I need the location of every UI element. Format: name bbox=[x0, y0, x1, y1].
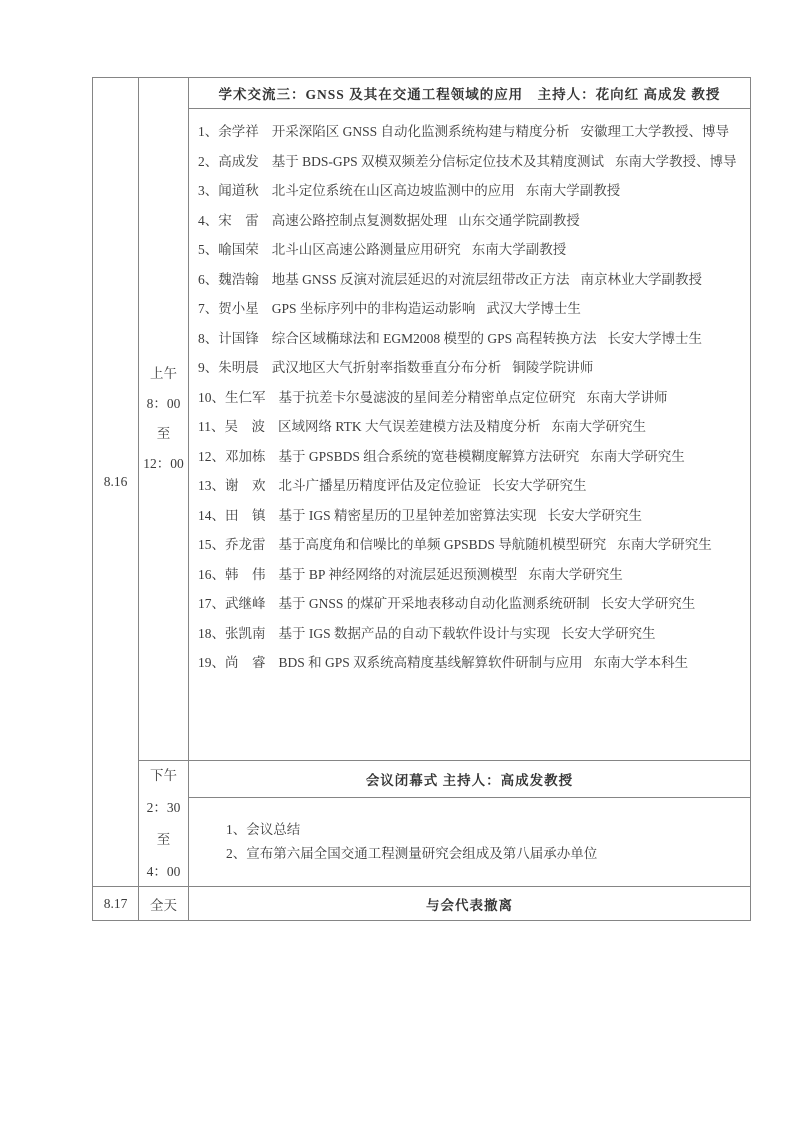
item-affiliation: 东南大学本科生 bbox=[594, 655, 689, 670]
list-item: 17、武继峰基于 GNSS 的煤矿开采地表移动自动化监测系统研制长安大学研究生 bbox=[198, 589, 744, 619]
time-line: 下午 bbox=[150, 760, 177, 792]
item-number: 4、 bbox=[198, 213, 218, 228]
item-affiliation: 东南大学研究生 bbox=[551, 419, 646, 434]
list-item: 15、乔龙雷基于高度角和信噪比的单频 GPSBDS 导航随机模型研究东南大学研究… bbox=[198, 530, 744, 560]
item-presenter-name: 闻道秋 bbox=[218, 183, 259, 198]
list-item: 14、田 镇基于 IGS 精密星历的卫星钟差加密算法实现长安大学研究生 bbox=[198, 501, 744, 531]
list-item: 4、宋 雷高速公路控制点复测数据处理山东交通学院副教授 bbox=[198, 206, 744, 236]
list-item: 5、喻国荣北斗山区高速公路测量应用研究东南大学副教授 bbox=[198, 235, 744, 265]
item-affiliation: 长安大学研究生 bbox=[601, 596, 696, 611]
item-affiliation: 铜陵学院讲师 bbox=[512, 360, 593, 375]
item-affiliation: 山东交通学院副教授 bbox=[458, 213, 580, 228]
item-presenter-name: 田 镇 bbox=[225, 508, 266, 523]
item-affiliation: 长安大学博士生 bbox=[608, 331, 703, 346]
item-topic: BDS 和 GPS 双系统高精度基线解算软件研制与应用 bbox=[279, 655, 583, 670]
item-presenter-name: 喻国荣 bbox=[218, 242, 259, 257]
item-topic: 武汉地区大气折射率指数垂直分布分析 bbox=[272, 360, 502, 375]
date-cell-817: 8.17 bbox=[93, 887, 139, 920]
item-affiliation: 东南大学副教授 bbox=[526, 183, 621, 198]
list-item: 10、生仁军基于抗差卡尔曼滤波的星间差分精密单点定位研究东南大学讲师 bbox=[198, 383, 744, 413]
item-number: 8、 bbox=[198, 331, 218, 346]
list-item: 11、吴 波区域网络 RTK 大气误差建模方法及精度分析东南大学研究生 bbox=[198, 412, 744, 442]
list-item: 16、韩 伟基于 BP 神经网络的对流层延迟预测模型东南大学研究生 bbox=[198, 560, 744, 590]
item-number: 15、 bbox=[198, 537, 225, 552]
item-topic: 基于抗差卡尔曼滤波的星间差分精密单点定位研究 bbox=[279, 390, 576, 405]
schedule-table: 8.16 上午 8：00 至 12：00 学术交流三：GNSS 及其在交通工程领… bbox=[92, 77, 751, 921]
item-presenter-name: 宋 雷 bbox=[218, 213, 259, 228]
closing-header-text: 会议闭幕式 主持人：高成发教授 bbox=[366, 769, 573, 789]
list-item: 19、尚 睿BDS 和 GPS 双系统高精度基线解算软件研制与应用东南大学本科生 bbox=[198, 648, 744, 678]
list-item: 3、闻道秋北斗定位系统在山区高边坡监测中的应用东南大学副教授 bbox=[198, 176, 744, 206]
item-affiliation: 长安大学研究生 bbox=[492, 478, 587, 493]
time-cell-allday: 全天 bbox=[139, 887, 189, 920]
item-presenter-name: 朱明晨 bbox=[218, 360, 259, 375]
item-presenter-name: 吴 波 bbox=[225, 419, 266, 434]
list-item: 8、计国锋综合区域椭球法和 EGM2008 模型的 GPS 高程转换方法长安大学… bbox=[198, 324, 744, 354]
closing-item: 2、宣布第六届全国交通工程测量研究会组成及第八届承办单位 bbox=[226, 842, 750, 866]
item-presenter-name: 贺小星 bbox=[218, 301, 259, 316]
time-line: 至 bbox=[157, 419, 171, 449]
item-number: 17、 bbox=[198, 596, 225, 611]
item-number: 10、 bbox=[198, 390, 225, 405]
item-topic: GPS 坐标序列中的非构造运动影响 bbox=[272, 301, 476, 316]
item-presenter-name: 张凯南 bbox=[225, 626, 266, 641]
item-number: 6、 bbox=[198, 272, 218, 287]
time-line: 至 bbox=[157, 824, 171, 856]
list-item: 1、余学祥开采深陷区 GNSS 自动化监测系统构建与精度分析安徽理工大学教授、博… bbox=[198, 117, 744, 147]
item-number: 5、 bbox=[198, 242, 218, 257]
depart-cell: 与会代表撤离 bbox=[189, 887, 750, 920]
item-affiliation: 长安大学研究生 bbox=[548, 508, 643, 523]
list-item: 9、朱明晨武汉地区大气折射率指数垂直分布分析铜陵学院讲师 bbox=[198, 353, 744, 383]
time-cell-afternoon: 下午 2：30 至 4：00 bbox=[139, 761, 189, 887]
closing-item: 1、会议总结 bbox=[226, 818, 750, 842]
item-topic: 北斗山区高速公路测量应用研究 bbox=[272, 242, 461, 257]
item-affiliation: 东南大学讲师 bbox=[587, 390, 668, 405]
list-item: 12、邓加栋基于 GPSBDS 组合系统的宽巷模糊度解算方法研究东南大学研究生 bbox=[198, 442, 744, 472]
item-topic: 开采深陷区 GNSS 自动化监测系统构建与精度分析 bbox=[272, 124, 570, 139]
time-line: 2：30 bbox=[147, 792, 181, 824]
item-number: 9、 bbox=[198, 360, 218, 375]
item-topic: 区域网络 RTK 大气误差建模方法及精度分析 bbox=[278, 419, 540, 434]
item-affiliation: 长安大学研究生 bbox=[561, 626, 656, 641]
time-label: 全天 bbox=[150, 894, 177, 914]
item-presenter-name: 计国锋 bbox=[218, 331, 259, 346]
item-topic: 基于 GPSBDS 组合系统的宽巷模糊度解算方法研究 bbox=[279, 449, 580, 464]
date-cell-816: 8.16 bbox=[93, 78, 139, 887]
item-presenter-name: 武继峰 bbox=[225, 596, 266, 611]
time-cell-morning: 上午 8：00 至 12：00 bbox=[139, 78, 189, 761]
item-affiliation: 东南大学研究生 bbox=[617, 537, 712, 552]
item-presenter-name: 尚 睿 bbox=[225, 655, 266, 670]
item-topic: 高速公路控制点复测数据处理 bbox=[272, 213, 448, 228]
session-header-cell: 学术交流三：GNSS 及其在交通工程领域的应用 主持人：花向红 高成发 教授 bbox=[189, 78, 750, 109]
item-number: 13、 bbox=[198, 478, 225, 493]
list-item: 18、张凯南基于 IGS 数据产品的自动下载软件设计与实现长安大学研究生 bbox=[198, 619, 744, 649]
item-topic: 基于高度角和信噪比的单频 GPSBDS 导航随机模型研究 bbox=[279, 537, 607, 552]
item-affiliation: 武汉大学博士生 bbox=[486, 301, 581, 316]
item-number: 14、 bbox=[198, 508, 225, 523]
item-affiliation: 东南大学研究生 bbox=[590, 449, 685, 464]
item-topic: 地基 GNSS 反演对流层延迟的对流层纽带改正方法 bbox=[272, 272, 570, 287]
time-line: 4：00 bbox=[147, 856, 181, 888]
item-affiliation: 南京林业大学副教授 bbox=[581, 272, 703, 287]
item-topic: 北斗定位系统在山区高边坡监测中的应用 bbox=[272, 183, 515, 198]
date-label: 8.17 bbox=[104, 896, 128, 912]
list-item: 7、贺小星GPS 坐标序列中的非构造运动影响武汉大学博士生 bbox=[198, 294, 744, 324]
item-presenter-name: 余学祥 bbox=[218, 124, 259, 139]
item-number: 2、 bbox=[198, 154, 218, 169]
item-presenter-name: 生仁军 bbox=[225, 390, 266, 405]
item-topic: 基于 BP 神经网络的对流层延迟预测模型 bbox=[279, 567, 518, 582]
time-line: 8：00 bbox=[147, 389, 181, 419]
time-line: 12：00 bbox=[143, 449, 184, 479]
session-header-text: 学术交流三：GNSS 及其在交通工程领域的应用 主持人：花向红 高成发 教授 bbox=[219, 83, 721, 103]
item-presenter-name: 谢 欢 bbox=[225, 478, 266, 493]
item-number: 18、 bbox=[198, 626, 225, 641]
date-label: 8.16 bbox=[104, 474, 128, 490]
item-affiliation: 东南大学副教授 bbox=[472, 242, 567, 257]
item-affiliation: 安徽理工大学教授、博导 bbox=[581, 124, 730, 139]
item-affiliation: 东南大学研究生 bbox=[528, 567, 623, 582]
item-topic: 基于 GNSS 的煤矿开采地表移动自动化监测系统研制 bbox=[279, 596, 590, 611]
item-topic: 基于 IGS 精密星历的卫星钟差加密算法实现 bbox=[279, 508, 537, 523]
list-item: 2、高成发基于 BDS-GPS 双模双频差分信标定位技术及其精度测试东南大学教授… bbox=[198, 147, 744, 177]
item-number: 3、 bbox=[198, 183, 218, 198]
document-page: 8.16 上午 8：00 至 12：00 学术交流三：GNSS 及其在交通工程领… bbox=[0, 0, 800, 1132]
item-topic: 基于 IGS 数据产品的自动下载软件设计与实现 bbox=[279, 626, 551, 641]
item-number: 12、 bbox=[198, 449, 225, 464]
item-number: 7、 bbox=[198, 301, 218, 316]
item-number: 1、 bbox=[198, 124, 218, 139]
depart-text: 与会代表撤离 bbox=[426, 894, 513, 914]
closing-items-cell: 1、会议总结 2、宣布第六届全国交通工程测量研究会组成及第八届承办单位 bbox=[189, 798, 750, 887]
item-topic: 北斗广播星历精度评估及定位验证 bbox=[279, 478, 482, 493]
item-number: 11、 bbox=[198, 419, 225, 434]
item-presenter-name: 邓加栋 bbox=[225, 449, 266, 464]
item-presenter-name: 魏浩翰 bbox=[218, 272, 259, 287]
item-presenter-name: 高成发 bbox=[218, 154, 259, 169]
item-presenter-name: 乔龙雷 bbox=[225, 537, 266, 552]
list-item: 6、魏浩翰地基 GNSS 反演对流层延迟的对流层纽带改正方法南京林业大学副教授 bbox=[198, 265, 744, 295]
closing-header-cell: 会议闭幕式 主持人：高成发教授 bbox=[189, 761, 750, 798]
item-presenter-name: 韩 伟 bbox=[225, 567, 266, 582]
item-number: 16、 bbox=[198, 567, 225, 582]
item-topic: 基于 BDS-GPS 双模双频差分信标定位技术及其精度测试 bbox=[272, 154, 604, 169]
session-items-cell: 1、余学祥开采深陷区 GNSS 自动化监测系统构建与精度分析安徽理工大学教授、博… bbox=[189, 109, 750, 761]
item-number: 19、 bbox=[198, 655, 225, 670]
list-item: 13、谢 欢北斗广播星历精度评估及定位验证长安大学研究生 bbox=[198, 471, 744, 501]
item-topic: 综合区域椭球法和 EGM2008 模型的 GPS 高程转换方法 bbox=[272, 331, 597, 346]
time-line: 上午 bbox=[150, 359, 177, 389]
item-affiliation: 东南大学教授、博导 bbox=[615, 154, 737, 169]
